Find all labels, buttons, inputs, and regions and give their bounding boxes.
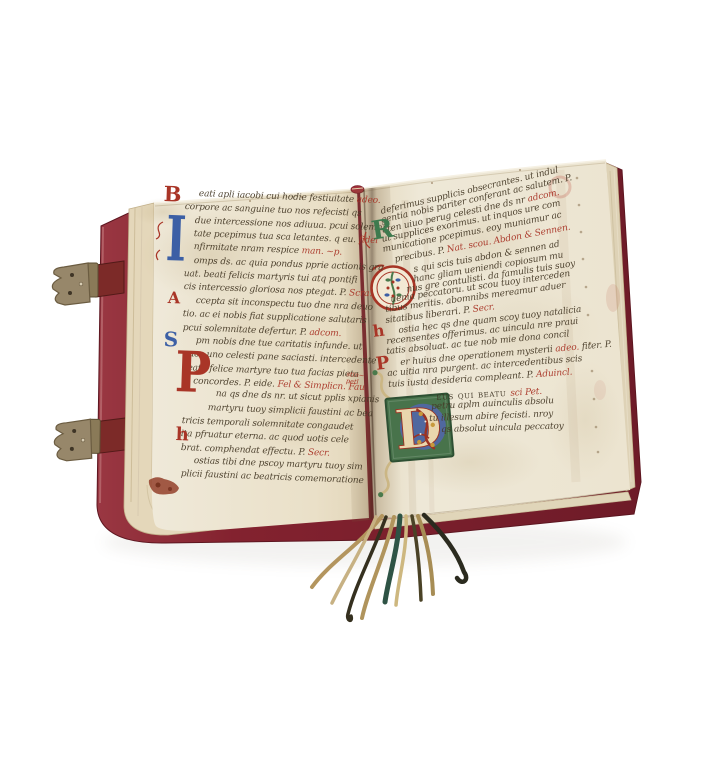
rubric-text: Secr. xyxy=(472,302,495,315)
margin-note: stin~petl xyxy=(345,371,364,388)
rubric-text: adeo. xyxy=(555,343,580,355)
body-text: qs absolut uincula peccatoy xyxy=(441,422,564,436)
manuscript-line-left-17: martyru tuoy simplicii faustini ac bea xyxy=(207,404,372,419)
rubric-text: man. ~p. xyxy=(302,247,343,259)
body-text: nfirmitate nram respice xyxy=(194,242,302,256)
initial-letter-p: P xyxy=(174,347,212,399)
manuscript-photo: D eati apli iacobi cui hodie festiuitate… xyxy=(0,0,710,780)
rubric-text: Aduincl. xyxy=(535,368,572,380)
rubric-text: Scra. xyxy=(349,289,372,300)
manuscript-line-left-22: plicii faustini ac beatricis comemoratio… xyxy=(180,470,363,486)
manuscript-line-right-22: qs absolut uincula peccatoy xyxy=(441,423,564,436)
body-text: fiter. P. xyxy=(578,340,611,353)
initial-letter-h: h xyxy=(175,427,189,444)
body-text: martyru tuoy simplicii faustini ac bea xyxy=(207,403,372,419)
rubric-text: adcom. xyxy=(309,327,341,338)
initial-letter-a: A xyxy=(167,291,180,306)
manuscript-text-layer: eati apli iacobi cui hodie festiuitate a… xyxy=(0,0,710,780)
initial-letter-i: I xyxy=(165,211,187,267)
rubric-text: adeo. xyxy=(357,195,381,206)
initial-letter-h: h xyxy=(372,324,385,340)
initial-letter-r: R xyxy=(370,218,395,244)
body-text: plicii faustini ac beatricis comemoratio… xyxy=(180,469,363,486)
rubric-text: Secr. xyxy=(308,448,330,459)
initial-letter-p: P xyxy=(375,355,390,373)
body-text: pcui solemnitate defertur. P. xyxy=(183,323,310,338)
